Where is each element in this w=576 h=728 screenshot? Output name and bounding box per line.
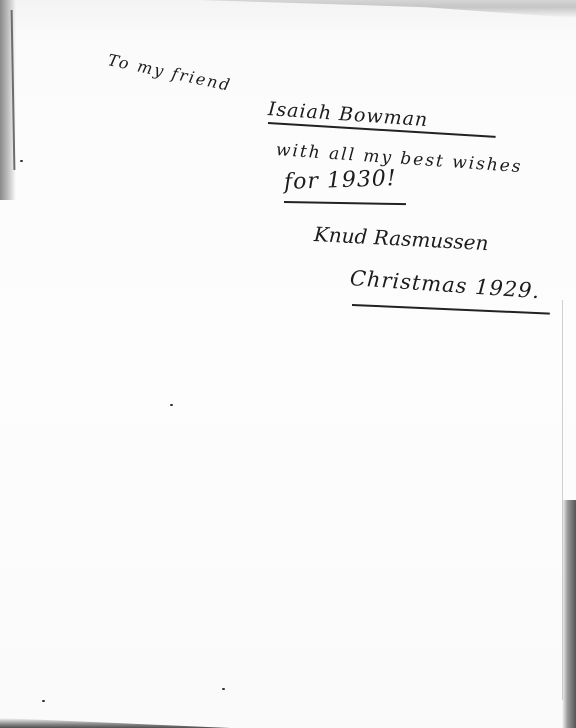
paper-speck [20,160,23,162]
date-underline [352,304,550,314]
inscription-signature: Knud Rasmussen [313,222,489,255]
inscription-salutation: To my friend [106,50,233,95]
inscription-year-wish: for 1930! [284,166,398,195]
page-right-shadow [562,500,576,728]
paper-speck [222,688,225,690]
inscription-date: Christmas 1929. [349,266,541,303]
book-page: To my friend Isaiah Bowman with all my b… [0,0,576,728]
page-bottom-shadow [0,718,576,728]
paper-speck [42,700,45,702]
page-top-shadow [200,0,576,18]
paper-speck [170,404,173,406]
year-wish-underline [284,201,406,205]
